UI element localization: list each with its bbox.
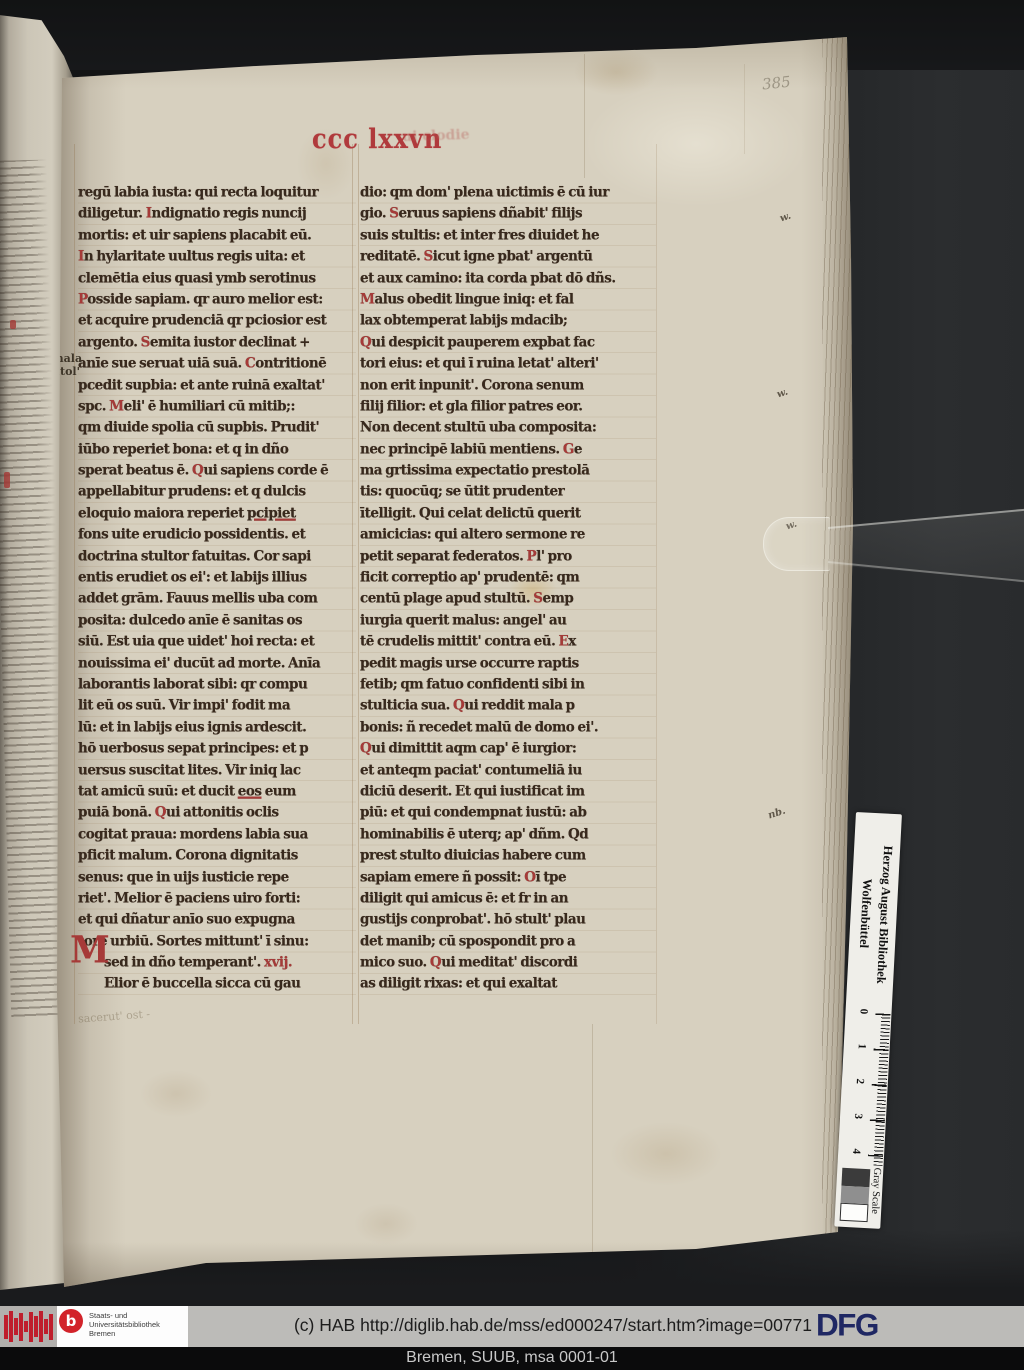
manuscript-text-line: Elior ē buccella sicca cū gau bbox=[78, 973, 356, 995]
manuscript-text-line: addet grām. Fauus mellis uba com bbox=[78, 588, 356, 610]
folio-number-pencil: 385 bbox=[761, 73, 791, 94]
manuscript-text-line: Non decent stultū uba composita: bbox=[360, 417, 656, 439]
manuscript-text-line: as diligit rixas: et qui exaltat bbox=[360, 973, 656, 995]
manuscript-text-line: Posside sapiam. qr auro melior est: bbox=[78, 289, 356, 311]
manuscript-text-line: tori eius: et qui ī ruina letat' alteri' bbox=[360, 353, 656, 375]
manuscript-text-line: lū: et in labijs eius ignis ardescit. bbox=[78, 717, 356, 739]
manuscript-text-line: qm diuide spolia cū supbis. Prudit' bbox=[78, 417, 356, 439]
manuscript-text-line: nec principē labiū mentiens. Ge bbox=[360, 439, 656, 461]
manuscript-text-line: amicicias: qui altero sermone re bbox=[360, 524, 656, 546]
manuscript-text-line: spc. Meli' ē humiliari cū mitib;: bbox=[78, 396, 356, 418]
manuscript-text-line: ma grtissima expectatio prestolā bbox=[360, 460, 656, 482]
manuscript-text-line: tis: quocūq; se ūtit prudenter bbox=[360, 481, 656, 503]
manuscript-text-line: In hylaritate uultus regis uita: et bbox=[78, 246, 356, 268]
facing-page-red-initial bbox=[4, 472, 10, 488]
manuscript-text-line: nouissima ei' ducūt ad morte. Anīa bbox=[78, 653, 356, 675]
manuscript-text-line: siū. Est uia que uidet' hoi recta: et bbox=[78, 631, 356, 653]
manuscript-text-line: Malus obedit lingue iniq: et fal bbox=[360, 289, 656, 311]
manuscript-text-line: det manib; cū spospondit pro a bbox=[360, 931, 656, 953]
manuscript-text-line: et qui dñatur anīo suo expugna bbox=[78, 909, 356, 931]
grayscale-swatch-mid bbox=[841, 1186, 870, 1204]
grayscale-label: Gray Scale bbox=[868, 1167, 882, 1225]
manuscript-text-line: argento. Semita iustor declinat + bbox=[78, 332, 356, 354]
manuscript-text-line: posita: dulcedo anīe ē sanitas os bbox=[78, 610, 356, 632]
ruling-line bbox=[358, 144, 359, 1024]
manuscript-text-line: appellabitur prudens: et q dulcis bbox=[78, 481, 356, 503]
manuscript-text-line: bonis: ñ recedet malū de domo ei'. bbox=[360, 717, 656, 739]
footer-gray-segment: (c) HAB http://diglib.hab.de/mss/ed00024… bbox=[188, 1306, 1024, 1347]
bremen-library-logo: b Staats- und Universitätsbibliothek Bre… bbox=[57, 1306, 188, 1347]
manuscript-text-line: iurgia querit malus: angel' au bbox=[360, 610, 656, 632]
manuscript-text-line: iūbo reperiet bona: et q in dño bbox=[78, 439, 356, 461]
parchment-crease bbox=[584, 54, 585, 178]
manuscript-text-line: regū labia iusta: qui recta loquitur bbox=[78, 182, 356, 204]
chapter-drop-cap: M bbox=[70, 929, 110, 971]
manuscript-text-line: diligetur. Indignatio regis nuncij bbox=[78, 203, 356, 225]
manuscript-text-line: petit separat federatos. Pl' pro bbox=[360, 546, 656, 568]
running-head-offset-ghost: ui clodie bbox=[402, 127, 470, 145]
manuscript-text-line: hominabilis ē uterq; ap' dñm. Qd bbox=[360, 824, 656, 846]
manuscript-text-line: dio: qm dom' plena uictimis ē cū iur bbox=[360, 182, 656, 204]
manuscript-text-line: senus: que in uijs iusticie repe bbox=[78, 867, 356, 889]
manuscript-text-line: fetib; qm fatuo confidenti sibi in bbox=[360, 674, 656, 696]
manuscript-text-line: filij filior: et gla filior patres eor. bbox=[360, 396, 656, 418]
manuscript-text-line: suis stultis: et inter fres diuidet he bbox=[360, 225, 656, 247]
manuscript-text-line: stulticia sua. Qui reddit mala p bbox=[360, 695, 656, 717]
manuscript-text-line: non erit inpunit'. Corona senum bbox=[360, 375, 656, 397]
bremen-logo-circle: b bbox=[59, 1309, 83, 1333]
manuscript-text-line: pedit magis urse occurre raptis bbox=[360, 653, 656, 675]
footer-bar: b Staats- und Universitätsbibliothek Bre… bbox=[0, 1306, 1024, 1347]
manuscript-text-line: et anteqm paciat' contumeliā iu bbox=[360, 760, 656, 782]
manuscript-text-line: sperat beatus ē. Qui sapiens corde ē bbox=[78, 460, 356, 482]
manuscript-text-line: Qui despicit pauperem expbat fac bbox=[360, 332, 656, 354]
manuscript-text-line: clemētia eius quasi ymb serotinus bbox=[78, 268, 356, 290]
parchment-crease bbox=[592, 1024, 593, 1264]
manuscript-text-line: cogitat praua: mordens labia sua bbox=[78, 824, 356, 846]
manuscript-text-line: centū plage apud stultū. Semp bbox=[360, 588, 656, 610]
manuscript-text-line: piū: et qui condempnat iustū: ab bbox=[360, 802, 656, 824]
ruler-number: 2 bbox=[854, 1078, 866, 1084]
manuscript-page: ccc lxxvn ui clodie 385 regū labia iusta… bbox=[56, 34, 856, 1290]
manuscript-text-line: tore urbiū. Sortes mittunt' ī sinu: bbox=[78, 931, 356, 953]
manuscript-text-line: lit eū os suū. Vir impi' fodit ma bbox=[78, 695, 356, 717]
manuscript-text-line: puiā bonā. Qui attonitis oclis bbox=[78, 802, 356, 824]
manuscript-text-line: entis erudiet os ei': et labijs illius bbox=[78, 567, 356, 589]
bremen-bars-logo bbox=[0, 1306, 57, 1347]
manuscript-text-line: fons uite erudicio possidentis. et bbox=[78, 524, 356, 546]
shelfmark-caption: Bremen, SUUB, msa 0001-01 bbox=[406, 1349, 618, 1367]
manuscript-text-line: uersus suscitat lites. Vir iniq lac bbox=[78, 760, 356, 782]
manuscript-text-line: riet'. Melior ē paciens uiro forti: bbox=[78, 888, 356, 910]
ruler-number: 0 bbox=[857, 1008, 869, 1014]
facing-page-red-initial bbox=[10, 320, 16, 329]
manuscript-text-line: tat amicū suū: et ducit eos eum bbox=[78, 781, 356, 803]
text-column-left: regū labia iusta: qui recta loquiturdili… bbox=[78, 182, 356, 995]
caption-area: Bremen, SUUB, msa 0001-01 bbox=[0, 1347, 1024, 1370]
ruler-number: 3 bbox=[852, 1113, 864, 1119]
bremen-logo-text: Staats- und Universitätsbibliothek Breme… bbox=[89, 1312, 160, 1338]
dfg-logo: DFG bbox=[816, 1308, 878, 1344]
copyright-url: (c) HAB http://diglib.hab.de/mss/ed00024… bbox=[188, 1315, 918, 1336]
manuscript-text-line: gio. Seruus sapiens dñabit' filijs bbox=[360, 203, 656, 225]
ruling-line bbox=[74, 144, 75, 1024]
manuscript-text-line: pficit malum. Corona dignitatis bbox=[78, 845, 356, 867]
manuscript-text-line: Qui dimittit aqm cap' ē iurgior: bbox=[360, 738, 656, 760]
manuscript-text-line: diciū deserit. Et qui iustificat im bbox=[360, 781, 656, 803]
manuscript-text-line: gustijs conprobat'. hō stult' plau bbox=[360, 909, 656, 931]
manuscript-text-line: doctrina stultor fatuitas. Cor sapi bbox=[78, 546, 356, 568]
ruler-number: 4 bbox=[850, 1148, 862, 1154]
text-column-right: dio: qm dom' plena uictimis ē cū iurgio.… bbox=[360, 182, 656, 995]
grayscale-swatch-white bbox=[840, 1203, 869, 1222]
manuscript-text-line: eloquio maiora reperiet pcipiet bbox=[78, 503, 356, 525]
ruler-number: 1 bbox=[856, 1043, 868, 1049]
ruling-line bbox=[656, 144, 657, 1024]
manuscript-text-line: prest stulto diuicias habere cum bbox=[360, 845, 656, 867]
manuscript-text-line: sapiam emere ñ possit: Oī tpe bbox=[360, 867, 656, 889]
manuscript-text-line: lax obtemperat labijs mdacib; bbox=[360, 310, 656, 332]
manuscript-text-line: hō uerbosus sepat principes: et p bbox=[78, 738, 356, 760]
manuscript-text-line: mortis: et uir sapiens placabit eū. bbox=[78, 225, 356, 247]
manuscript-text-line: ītelligit. Qui celat delictū querit bbox=[360, 503, 656, 525]
manuscript-text-line: laborantis laborat sibi: qr compu bbox=[78, 674, 356, 696]
ruler-library-label: Herzog August Bibliothek Wolfenbüttel bbox=[849, 822, 898, 1006]
page-holder-clip-tip bbox=[763, 517, 830, 571]
parchment-crease bbox=[744, 64, 745, 154]
manuscript-text-line: reditatē. Sicut igne pbat' argentū bbox=[360, 246, 656, 268]
manuscript-text-line: et acquire prudenciā qr pciosior est bbox=[78, 310, 356, 332]
manuscript-text-line: ficit correptio ap' prudentē: qm bbox=[360, 567, 656, 589]
manuscript-text-line: anīe sue seruat uiā suā. Contritionē bbox=[78, 353, 356, 375]
grayscale-swatch-dark bbox=[841, 1168, 870, 1187]
manuscript-text-line: tē crudelis mittit' contra eū. Ex bbox=[360, 631, 656, 653]
manuscript-text-line: et aux camino: ita corda pbat dō dñs. bbox=[360, 268, 656, 290]
manuscript-text-line: diligit qui amicus ē: et fr in an bbox=[360, 888, 656, 910]
manuscript-text-line: mico suo. Qui meditat' discordi bbox=[360, 952, 656, 974]
manuscript-text-line: pcedit supbia: et ante ruinā exaltat' bbox=[78, 375, 356, 397]
manuscript-text-line: sed in dño temperant'. xvij. bbox=[78, 952, 356, 974]
